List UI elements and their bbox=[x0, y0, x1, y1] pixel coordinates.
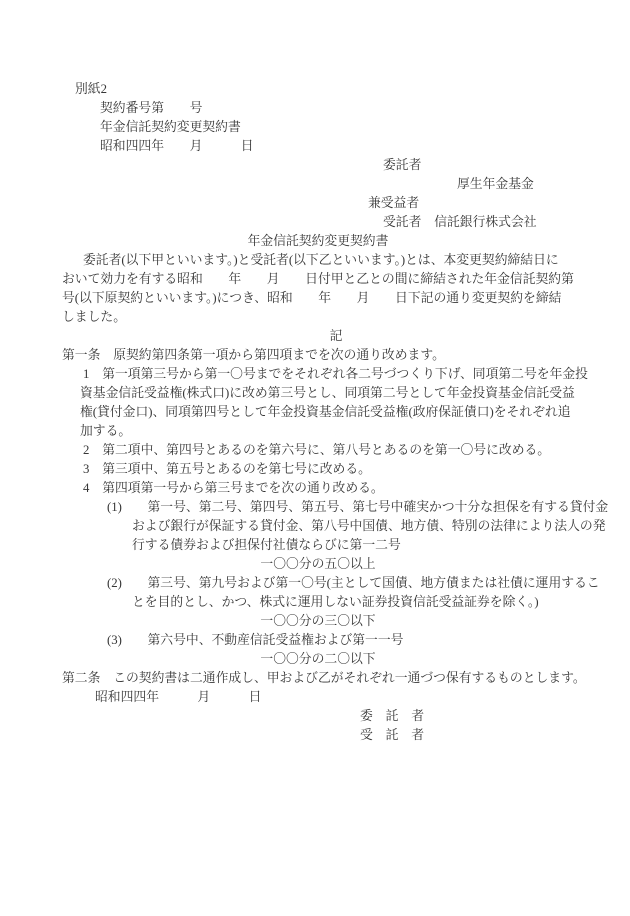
co-beneficiary-label: 兼受益者 bbox=[368, 194, 574, 213]
preamble-line-4: しました。 bbox=[62, 308, 574, 327]
document-title: 年金信託契約変更契約書 bbox=[62, 232, 574, 251]
subitem-2-line-1: (2) 第三号、第九号および第一〇号(主として国債、地方債または社債に運用するこ bbox=[107, 574, 574, 593]
document-page: 別紙2 契約番号第 号 年金信託契約変更契約書 昭和四四年 月 日 委託者 厚生… bbox=[0, 0, 630, 916]
subitem-2-line-2: とを目的とし、かつ、株式に運用しない証券投資信託受益証券を除く。) bbox=[132, 593, 574, 612]
consignor-label: 委託者 bbox=[383, 156, 574, 175]
signature-consignor: 委 託 者 bbox=[360, 707, 574, 726]
article1-item1-line-3: 権(貸付金口)、同項第四号として年金投資基金信託受益権(政府保証債口)をそれぞれ… bbox=[80, 403, 574, 422]
subitem-3-line-1: (3) 第六号中、不動産信託受益権および第一一号 bbox=[107, 631, 574, 650]
preamble-line-3: 号(以下原契約といいます。)につき、昭和 年 月 日下記の通り変更契約を締結 bbox=[62, 289, 574, 308]
preamble-line-2: おいて効力を有する昭和 年 月 日付甲と乙との間に締結された年金信託契約第 bbox=[62, 270, 574, 289]
closing-date-line: 昭和四四年 月 日 bbox=[95, 688, 574, 707]
subitem-1-ratio: 一〇〇分の五〇以上 bbox=[62, 555, 574, 574]
doc-type-line: 年金信託契約変更契約書 bbox=[100, 118, 574, 137]
article1-heading: 第一条 原契約第四条第一項から第四項までを次の通り改めます。 bbox=[62, 346, 574, 365]
article1-item1-line-2: 資基金信託受益権(株式口)に改め第三号とし、同項第二号として年金投資基金信託受益 bbox=[80, 384, 574, 403]
article1-item4: 4 第四項第一号から第三号までを次の通り改める。 bbox=[83, 479, 574, 498]
article1-item1-line-1: 1 第一項第三号から第一〇号までをそれぞれ各二号づつくり下げ、同項第二号を年金投 bbox=[83, 365, 574, 384]
document-content: 別紙2 契約番号第 号 年金信託契約変更契約書 昭和四四年 月 日 委託者 厚生… bbox=[62, 80, 574, 745]
subitem-3-ratio: 一〇〇分の二〇以下 bbox=[62, 650, 574, 669]
contract-number-line: 契約番号第 号 bbox=[100, 99, 574, 118]
attachment-label: 別紙2 bbox=[75, 80, 574, 99]
header-date-line: 昭和四四年 月 日 bbox=[100, 137, 574, 156]
trustee-line: 受託者 信託銀行株式会社 bbox=[383, 213, 574, 232]
article1-item3: 3 第三項中、第五号とあるのを第七号に改める。 bbox=[83, 460, 574, 479]
subitem-1-line-2: および銀行が保証する貸付金、第八号中国債、地方債、特別の法律により法人の発 bbox=[132, 517, 574, 536]
article2-heading: 第二条 この契約書は二通作成し、甲および乙がそれぞれ一通づつ保有するものとします… bbox=[62, 669, 574, 688]
article1-item1-line-4: 加する。 bbox=[80, 422, 574, 441]
record-mark: 記 bbox=[62, 327, 574, 346]
consignor-name: 厚生年金基金 bbox=[457, 175, 574, 194]
signature-trustee: 受 託 者 bbox=[360, 726, 574, 745]
article1-item2: 2 第二項中、第四号とあるのを第六号に、第八号とあるのを第一〇号に改める。 bbox=[83, 441, 574, 460]
subitem-1-line-3: 行する債券および担保付社債ならびに第一二号 bbox=[132, 536, 574, 555]
preamble-line-1: 委託者(以下甲といいます。)と受託者(以下乙といいます。)とは、本変更契約締結日… bbox=[83, 251, 574, 270]
subitem-2-ratio: 一〇〇分の三〇以下 bbox=[62, 612, 574, 631]
subitem-1-line-1: (1) 第一号、第二号、第四号、第五号、第七号中確実かつ十分な担保を有する貸付金 bbox=[107, 498, 574, 517]
